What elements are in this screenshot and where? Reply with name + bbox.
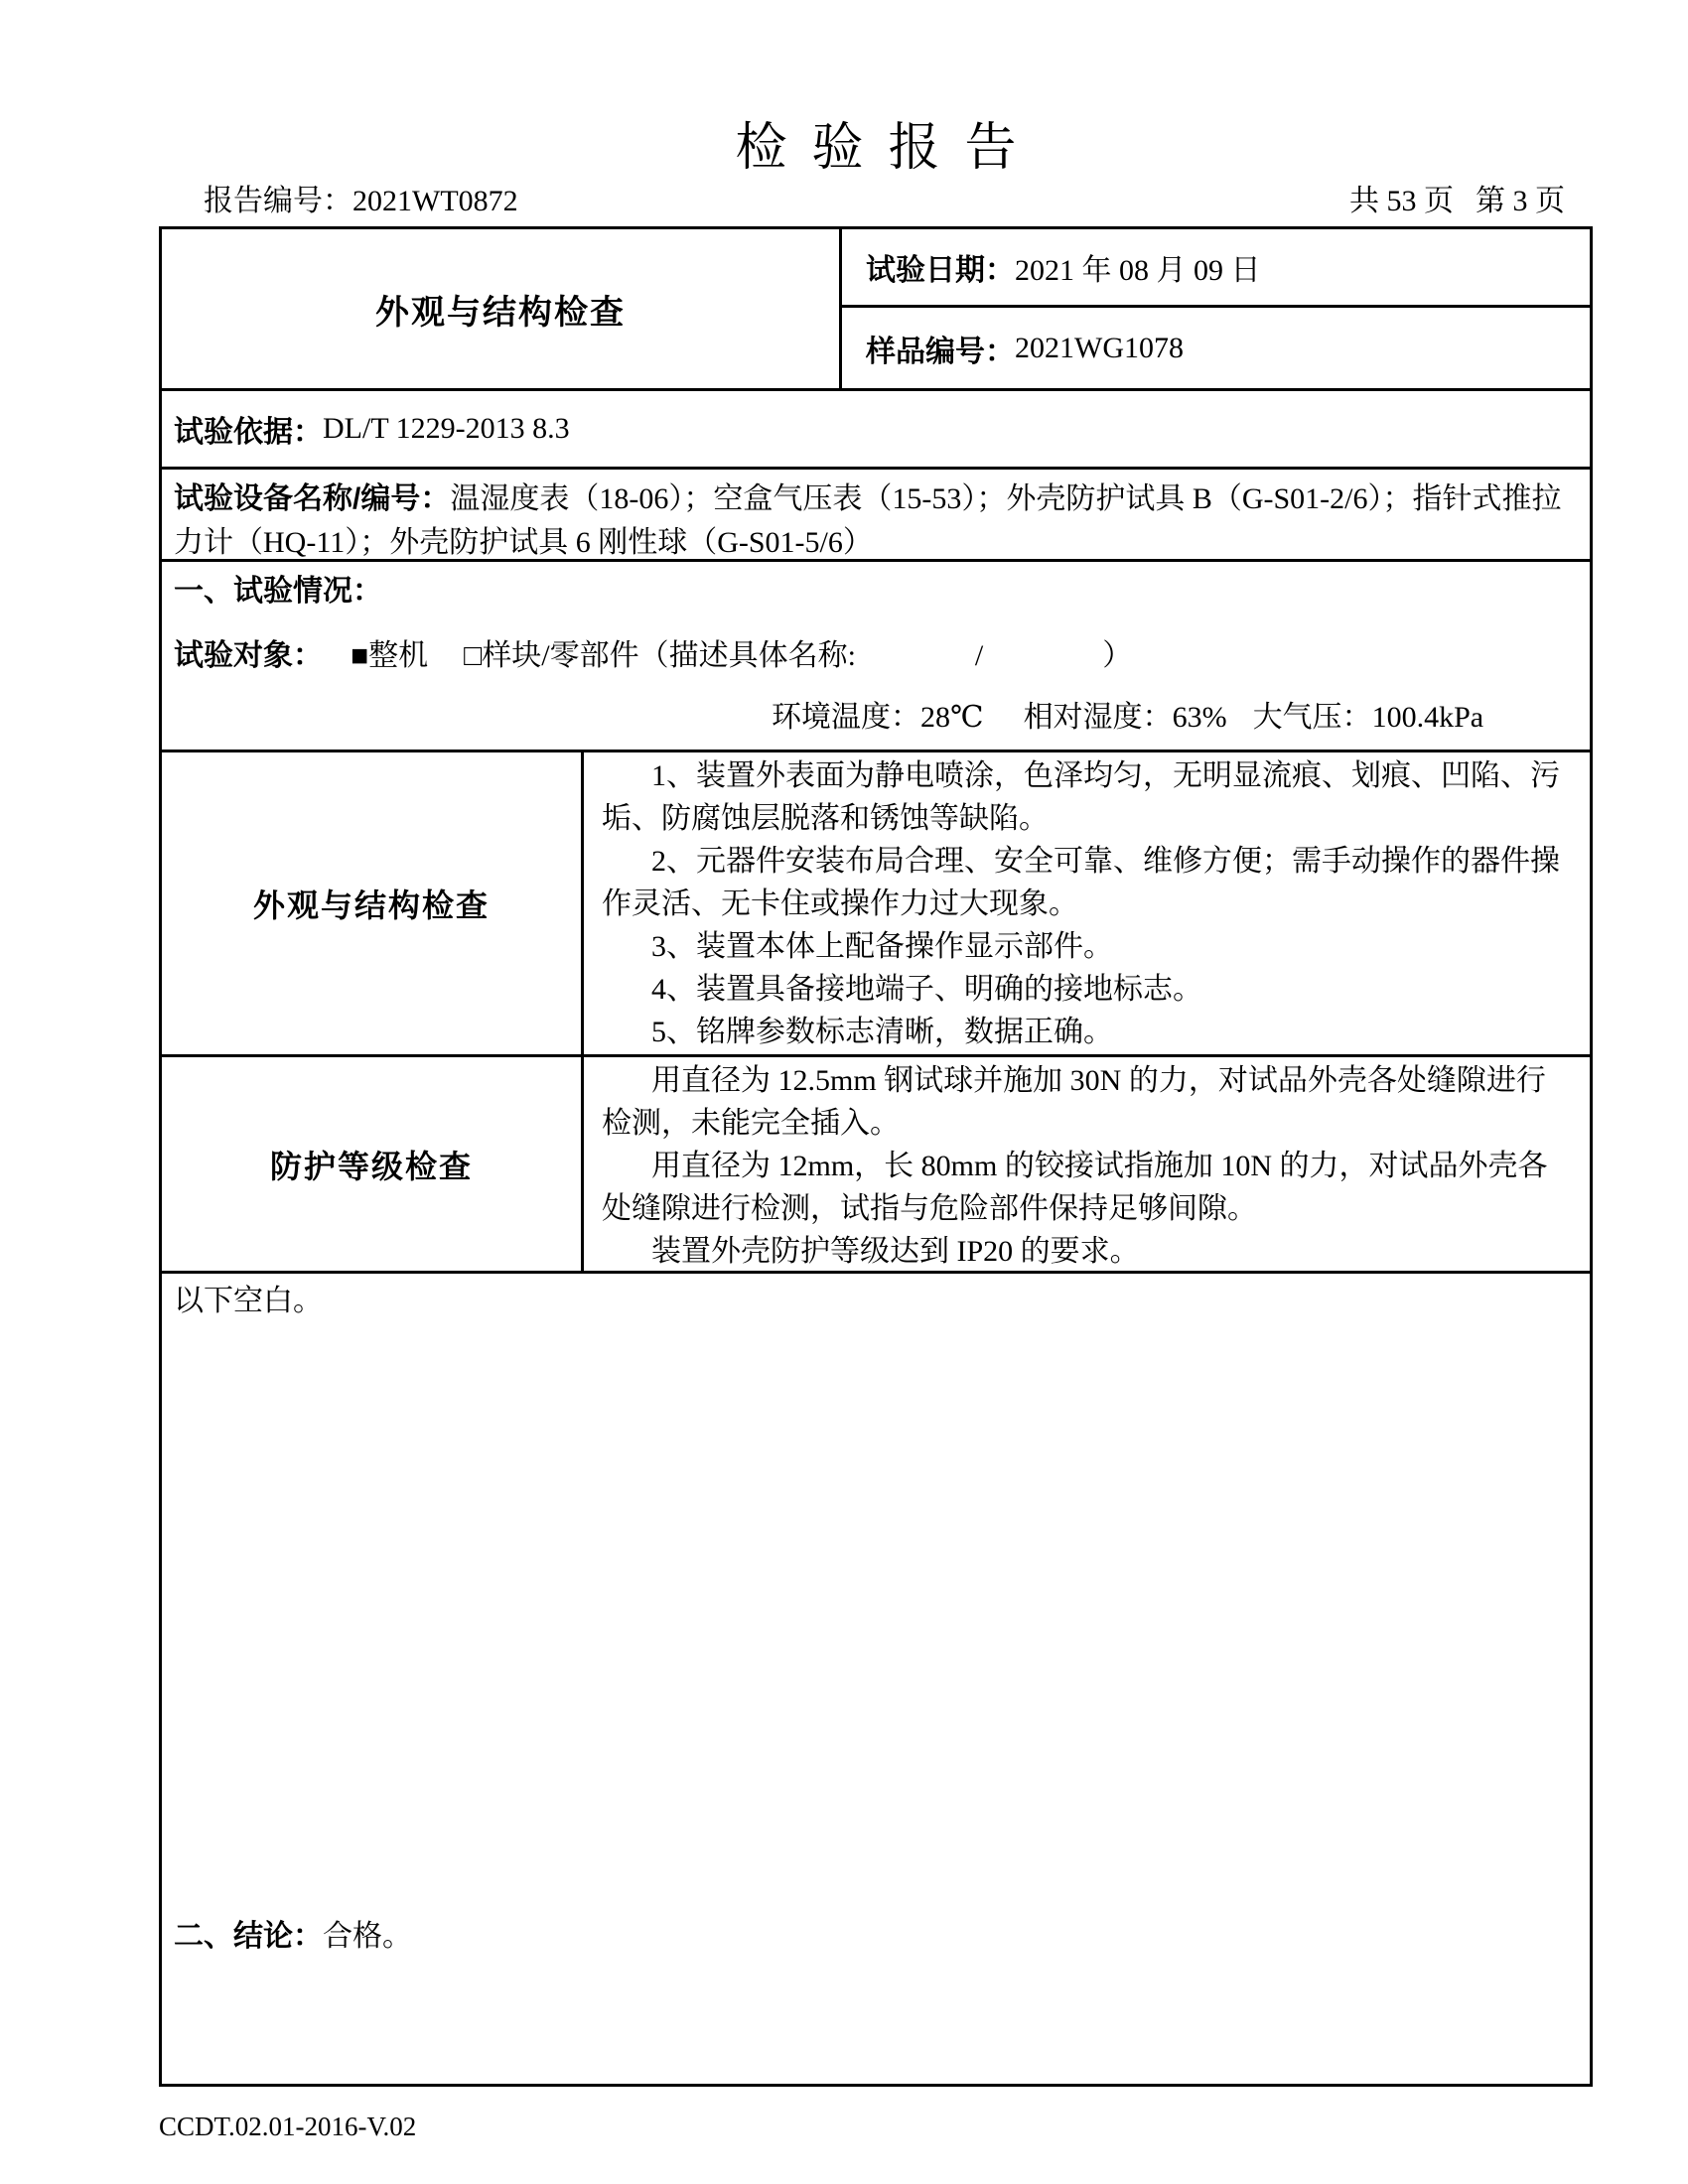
header-row: 外观与结构检查 试验日期：2021 年 08 月 09 日 样品编号：2021W… xyxy=(162,229,1590,391)
environment-line: 环境温度：28℃相对湿度：63%大气压：100.4kPa xyxy=(772,700,1570,736)
section-title: 外观与结构检查 xyxy=(162,229,842,388)
blank-below-note: 以下空白。 xyxy=(174,1284,1570,1319)
protection-check-row: 防护等级检查 用直径为 12.5mm 钢试球并施加 30N 的力，对试品外壳各处… xyxy=(162,1057,1590,1274)
protection-item: 用直径为 12mm，长 80mm 的铰接试指施加 10N 的力，对试品外壳各处缝… xyxy=(602,1145,1575,1230)
checkbox-whole-machine: ■整机 xyxy=(351,639,428,672)
conclusion-line: 二、结论：合格。 xyxy=(174,1919,412,1955)
pressure-label: 大气压： xyxy=(1253,701,1372,734)
test-situation-row: 一、试验情况： 试验对象：■整机□样块/零部件（描述具体名称:/） 环境温度：2… xyxy=(162,562,1590,752)
blank-conclusion-row: 以下空白。 二、结论：合格。 xyxy=(162,1274,1590,2084)
equipment-label: 试验设备名称/编号： xyxy=(174,482,450,515)
report-table: 外观与结构检查 试验日期：2021 年 08 月 09 日 样品编号：2021W… xyxy=(159,226,1593,2087)
page-current: 第 3 页 xyxy=(1476,185,1565,217)
conclusion-label: 二、结论： xyxy=(174,1920,323,1953)
report-number-label: 报告编号： xyxy=(204,185,352,217)
sample-number-cell: 样品编号：2021WG1078 xyxy=(842,308,1590,388)
appearance-item: 2、元器件安装布局合理、安全可靠、维修方便；需手动操作的器件操作灵活、无卡住或操… xyxy=(602,840,1575,925)
appearance-check-content: 1、装置外表面为静电喷涂，色泽均匀，无明显流痕、划痕、凹陷、污垢、防腐蚀层脱落和… xyxy=(584,752,1590,1054)
test-object-line: 试验对象：■整机□样块/零部件（描述具体名称:/） xyxy=(174,638,1570,674)
report-number-value: 2021WT0872 xyxy=(352,185,518,217)
page-total: 共 53 页 xyxy=(1349,185,1454,217)
sample-number-label: 样品编号： xyxy=(866,327,1015,370)
sample-part-name-value: / xyxy=(975,639,983,672)
env-temperature-label: 环境温度： xyxy=(772,701,920,734)
protection-item: 装置外壳防护等级达到 IP20 的要求。 xyxy=(602,1230,1575,1273)
meta-row: 报告编号：2021WT0872 共 53 页第 3 页 xyxy=(159,185,1593,218)
pressure-value: 100.4kPa xyxy=(1372,701,1484,734)
document-title: 检 验 报 告 xyxy=(159,121,1593,177)
situation-heading: 一、试验情况： xyxy=(174,574,1570,610)
sample-number-value: 2021WG1078 xyxy=(1015,332,1184,365)
protection-check-content: 用直径为 12.5mm 钢试球并施加 30N 的力，对试品外壳各处缝隙进行检测，… xyxy=(584,1057,1590,1271)
humidity-label: 相对湿度： xyxy=(1024,701,1173,734)
test-date-value: 2021 年 08 月 09 日 xyxy=(1015,245,1261,289)
test-basis-value: DL/T 1229-2013 8.3 xyxy=(323,412,570,446)
env-temperature-value: 28℃ xyxy=(920,701,984,734)
appearance-item: 4、装置具备接地端子、明确的接地标志。 xyxy=(602,968,1575,1011)
appearance-check-row: 外观与结构检查 1、装置外表面为静电喷涂，色泽均匀，无明显流痕、划痕、凹陷、污垢… xyxy=(162,752,1590,1057)
checkbox-sample-part: □样块/零部件（描述具体名称: xyxy=(464,639,856,672)
conclusion-value: 合格。 xyxy=(323,1920,412,1953)
test-date-label: 试验日期： xyxy=(866,245,1015,289)
header-right-column: 试验日期：2021 年 08 月 09 日 样品编号：2021WG1078 xyxy=(842,229,1590,388)
appearance-item: 1、装置外表面为静电喷涂，色泽均匀，无明显流痕、划痕、凹陷、污垢、防腐蚀层脱落和… xyxy=(602,754,1575,840)
test-basis-label: 试验依据： xyxy=(174,407,323,451)
pagination: 共 53 页第 3 页 xyxy=(1349,185,1593,218)
report-number: 报告编号：2021WT0872 xyxy=(159,185,518,218)
appearance-item: 3、装置本体上配备操作显示部件。 xyxy=(602,925,1575,968)
protection-item: 用直径为 12.5mm 钢试球并施加 30N 的力，对试品外壳各处缝隙进行检测，… xyxy=(602,1059,1575,1145)
appearance-check-title: 外观与结构检查 xyxy=(162,752,584,1054)
test-basis-row: 试验依据：DL/T 1229-2013 8.3 xyxy=(162,391,1590,470)
document-code: CCDT.02.01-2016-V.02 xyxy=(159,2111,416,2142)
report-page: 检 验 报 告 报告编号：2021WT0872 共 53 页第 3 页 外观与结… xyxy=(0,0,1688,2184)
sample-part-paren-close: ） xyxy=(1102,639,1132,672)
protection-check-title: 防护等级检查 xyxy=(162,1057,584,1271)
test-date-cell: 试验日期：2021 年 08 月 09 日 xyxy=(842,229,1590,308)
appearance-item: 5、铭牌参数标志清晰，数据正确。 xyxy=(602,1011,1575,1053)
equipment-row: 试验设备名称/编号：温湿度表（18-06）；空盒气压表（15-53）；外壳防护试… xyxy=(162,470,1590,562)
humidity-value: 63% xyxy=(1173,701,1227,734)
test-object-label: 试验对象： xyxy=(174,639,323,672)
